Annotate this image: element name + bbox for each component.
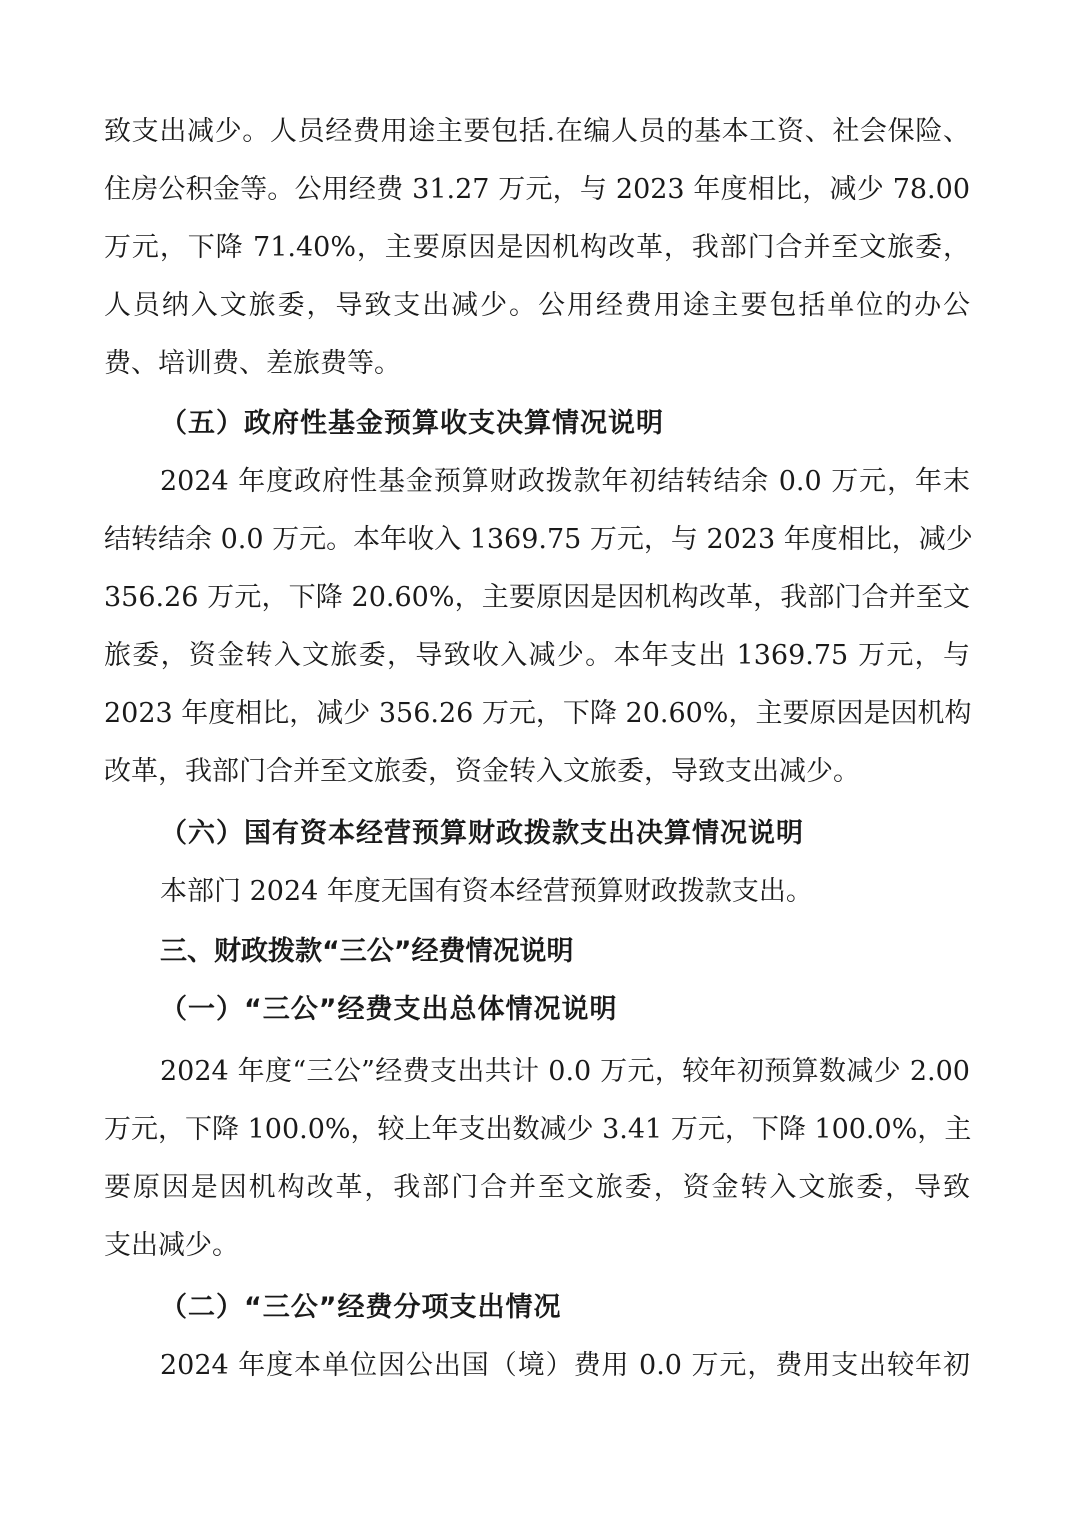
paragraph-line: 356.26 万元，下降 20.60%，主要原因是因机构改革，我部门合并至文 <box>104 578 970 618</box>
paragraph-line: 支出减少。 <box>104 1226 970 1266</box>
paragraph-line: 旅委，资金转入文旅委，导致收入减少。本年支出 1369.75 万元，与 <box>104 636 970 676</box>
paragraph-line: 2023 年度相比，减少 356.26 万元，下降 20.60%，主要原因是因机… <box>104 694 970 734</box>
paragraph-line: 2024 年度本单位因公出国（境）费用 0.0 万元，费用支出较年初 <box>160 1346 970 1386</box>
section-heading-5: （五）政府性基金预算收支决算情况说明 <box>160 404 664 444</box>
paragraph-line: 费、培训费、差旅费等。 <box>104 344 970 384</box>
subsection-heading-1: （一）“三公”经费支出总体情况说明 <box>160 990 618 1030</box>
document-page: 致支出减少。人员经费用途主要包括.在编人员的基本工资、社会保险、 住房公积金等。… <box>0 0 1074 1520</box>
section-heading-3: 三、财政拨款“三公”经费情况说明 <box>160 932 574 972</box>
paragraph-line: 要原因是因机构改革，我部门合并至文旅委，资金转入文旅委，导致 <box>104 1168 970 1208</box>
paragraph-line: 2024 年度政府性基金预算财政拨款年初结转结余 0.0 万元，年末 <box>160 462 970 502</box>
paragraph-line: 人员纳入文旅委，导致支出减少。公用经费用途主要包括单位的办公 <box>104 286 970 326</box>
section-heading-6: （六）国有资本经营预算财政拨款支出决算情况说明 <box>160 814 804 854</box>
paragraph-line: 致支出减少。人员经费用途主要包括.在编人员的基本工资、社会保险、 <box>104 112 970 152</box>
paragraph-line: 结转结余 0.0 万元。本年收入 1369.75 万元，与 2023 年度相比，… <box>104 520 970 560</box>
paragraph-line: 万元，下降 71.40%，主要原因是因机构改革，我部门合并至文旅委， <box>104 228 970 268</box>
paragraph-line: 2024 年度“三公”经费支出共计 0.0 万元，较年初预算数减少 2.00 <box>160 1052 970 1092</box>
paragraph-line: 住房公积金等。公用经费 31.27 万元，与 2023 年度相比，减少 78.0… <box>104 170 970 210</box>
paragraph-line: 本部门 2024 年度无国有资本经营预算财政拨款支出。 <box>160 872 970 912</box>
paragraph-line: 改革，我部门合并至文旅委，资金转入文旅委，导致支出减少。 <box>104 752 970 792</box>
paragraph-line: 万元，下降 100.0%，较上年支出数减少 3.41 万元，下降 100.0%，… <box>104 1110 970 1150</box>
subsection-heading-2: （二）“三公”经费分项支出情况 <box>160 1288 562 1328</box>
